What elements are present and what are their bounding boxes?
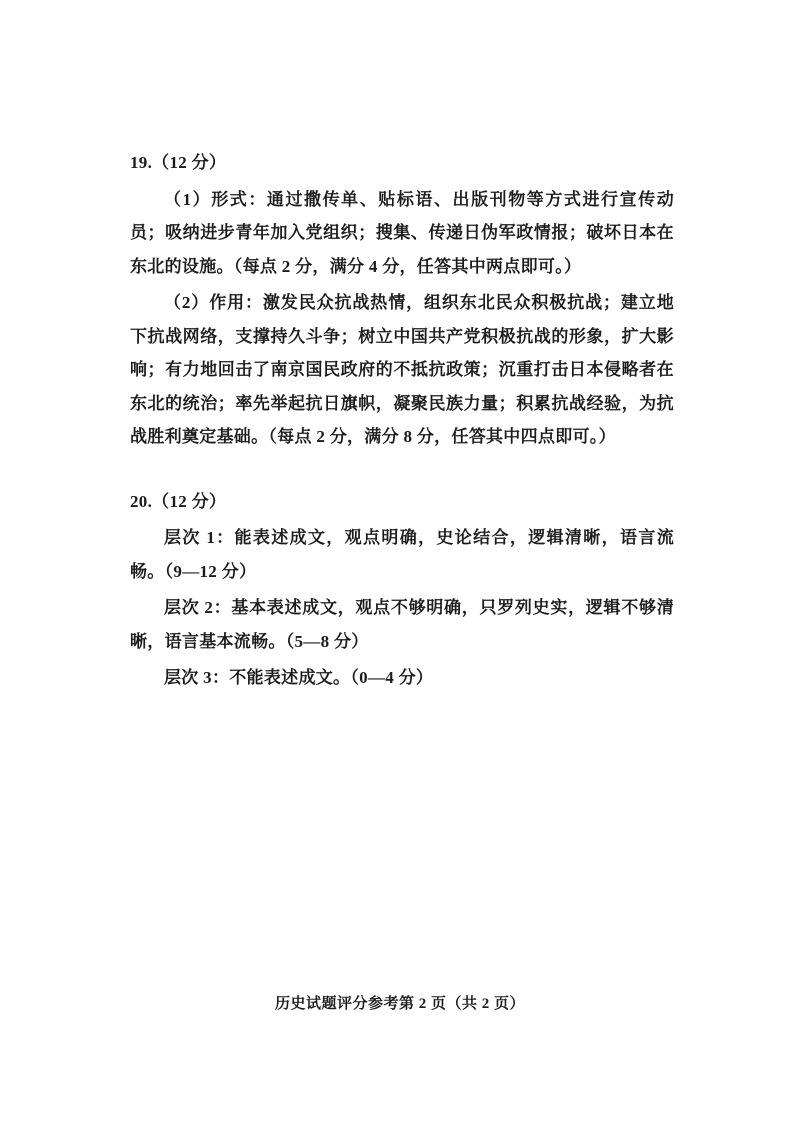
question-20-heading: 20.（12 分） — [130, 485, 674, 519]
page-footer: 历史试题评分参考第 2 页（共 2 页） — [0, 993, 800, 1015]
page-content: 19.（12 分） （1）形式：通过撒传单、贴标语、出版刊物等方式进行宣传动员；… — [130, 146, 674, 695]
question-19-section: 19.（12 分） （1）形式：通过撒传单、贴标语、出版刊物等方式进行宣传动员；… — [130, 146, 674, 454]
question-20-section: 20.（12 分） 层次 1：能表述成文，观点明确，史论结合，逻辑清晰，语言流畅… — [130, 485, 674, 695]
question-20-level-2: 层次 2：基本表述成文，观点不够明确，只罗列史实，逻辑不够清晰，语言基本流畅。（… — [130, 591, 674, 658]
question-19-answer-part-1: （1）形式：通过撒传单、贴标语、出版刊物等方式进行宣传动员；吸纳进步青年加入党组… — [130, 183, 674, 284]
question-19-answer-part-2: （2）作用：激发民众抗战热情，组织东北民众积极抗战；建立地下抗战网络，支撑持久斗… — [130, 286, 674, 454]
exam-answer-key-page: 19.（12 分） （1）形式：通过撒传单、贴标语、出版刊物等方式进行宣传动员；… — [0, 0, 800, 1131]
question-20-level-1: 层次 1：能表述成文，观点明确，史论结合，逻辑清晰，语言流畅。（9—12 分） — [130, 521, 674, 588]
question-19-heading: 19.（12 分） — [130, 146, 674, 180]
question-20-level-3: 层次 3：不能表述成文。（0—4 分） — [130, 661, 674, 695]
